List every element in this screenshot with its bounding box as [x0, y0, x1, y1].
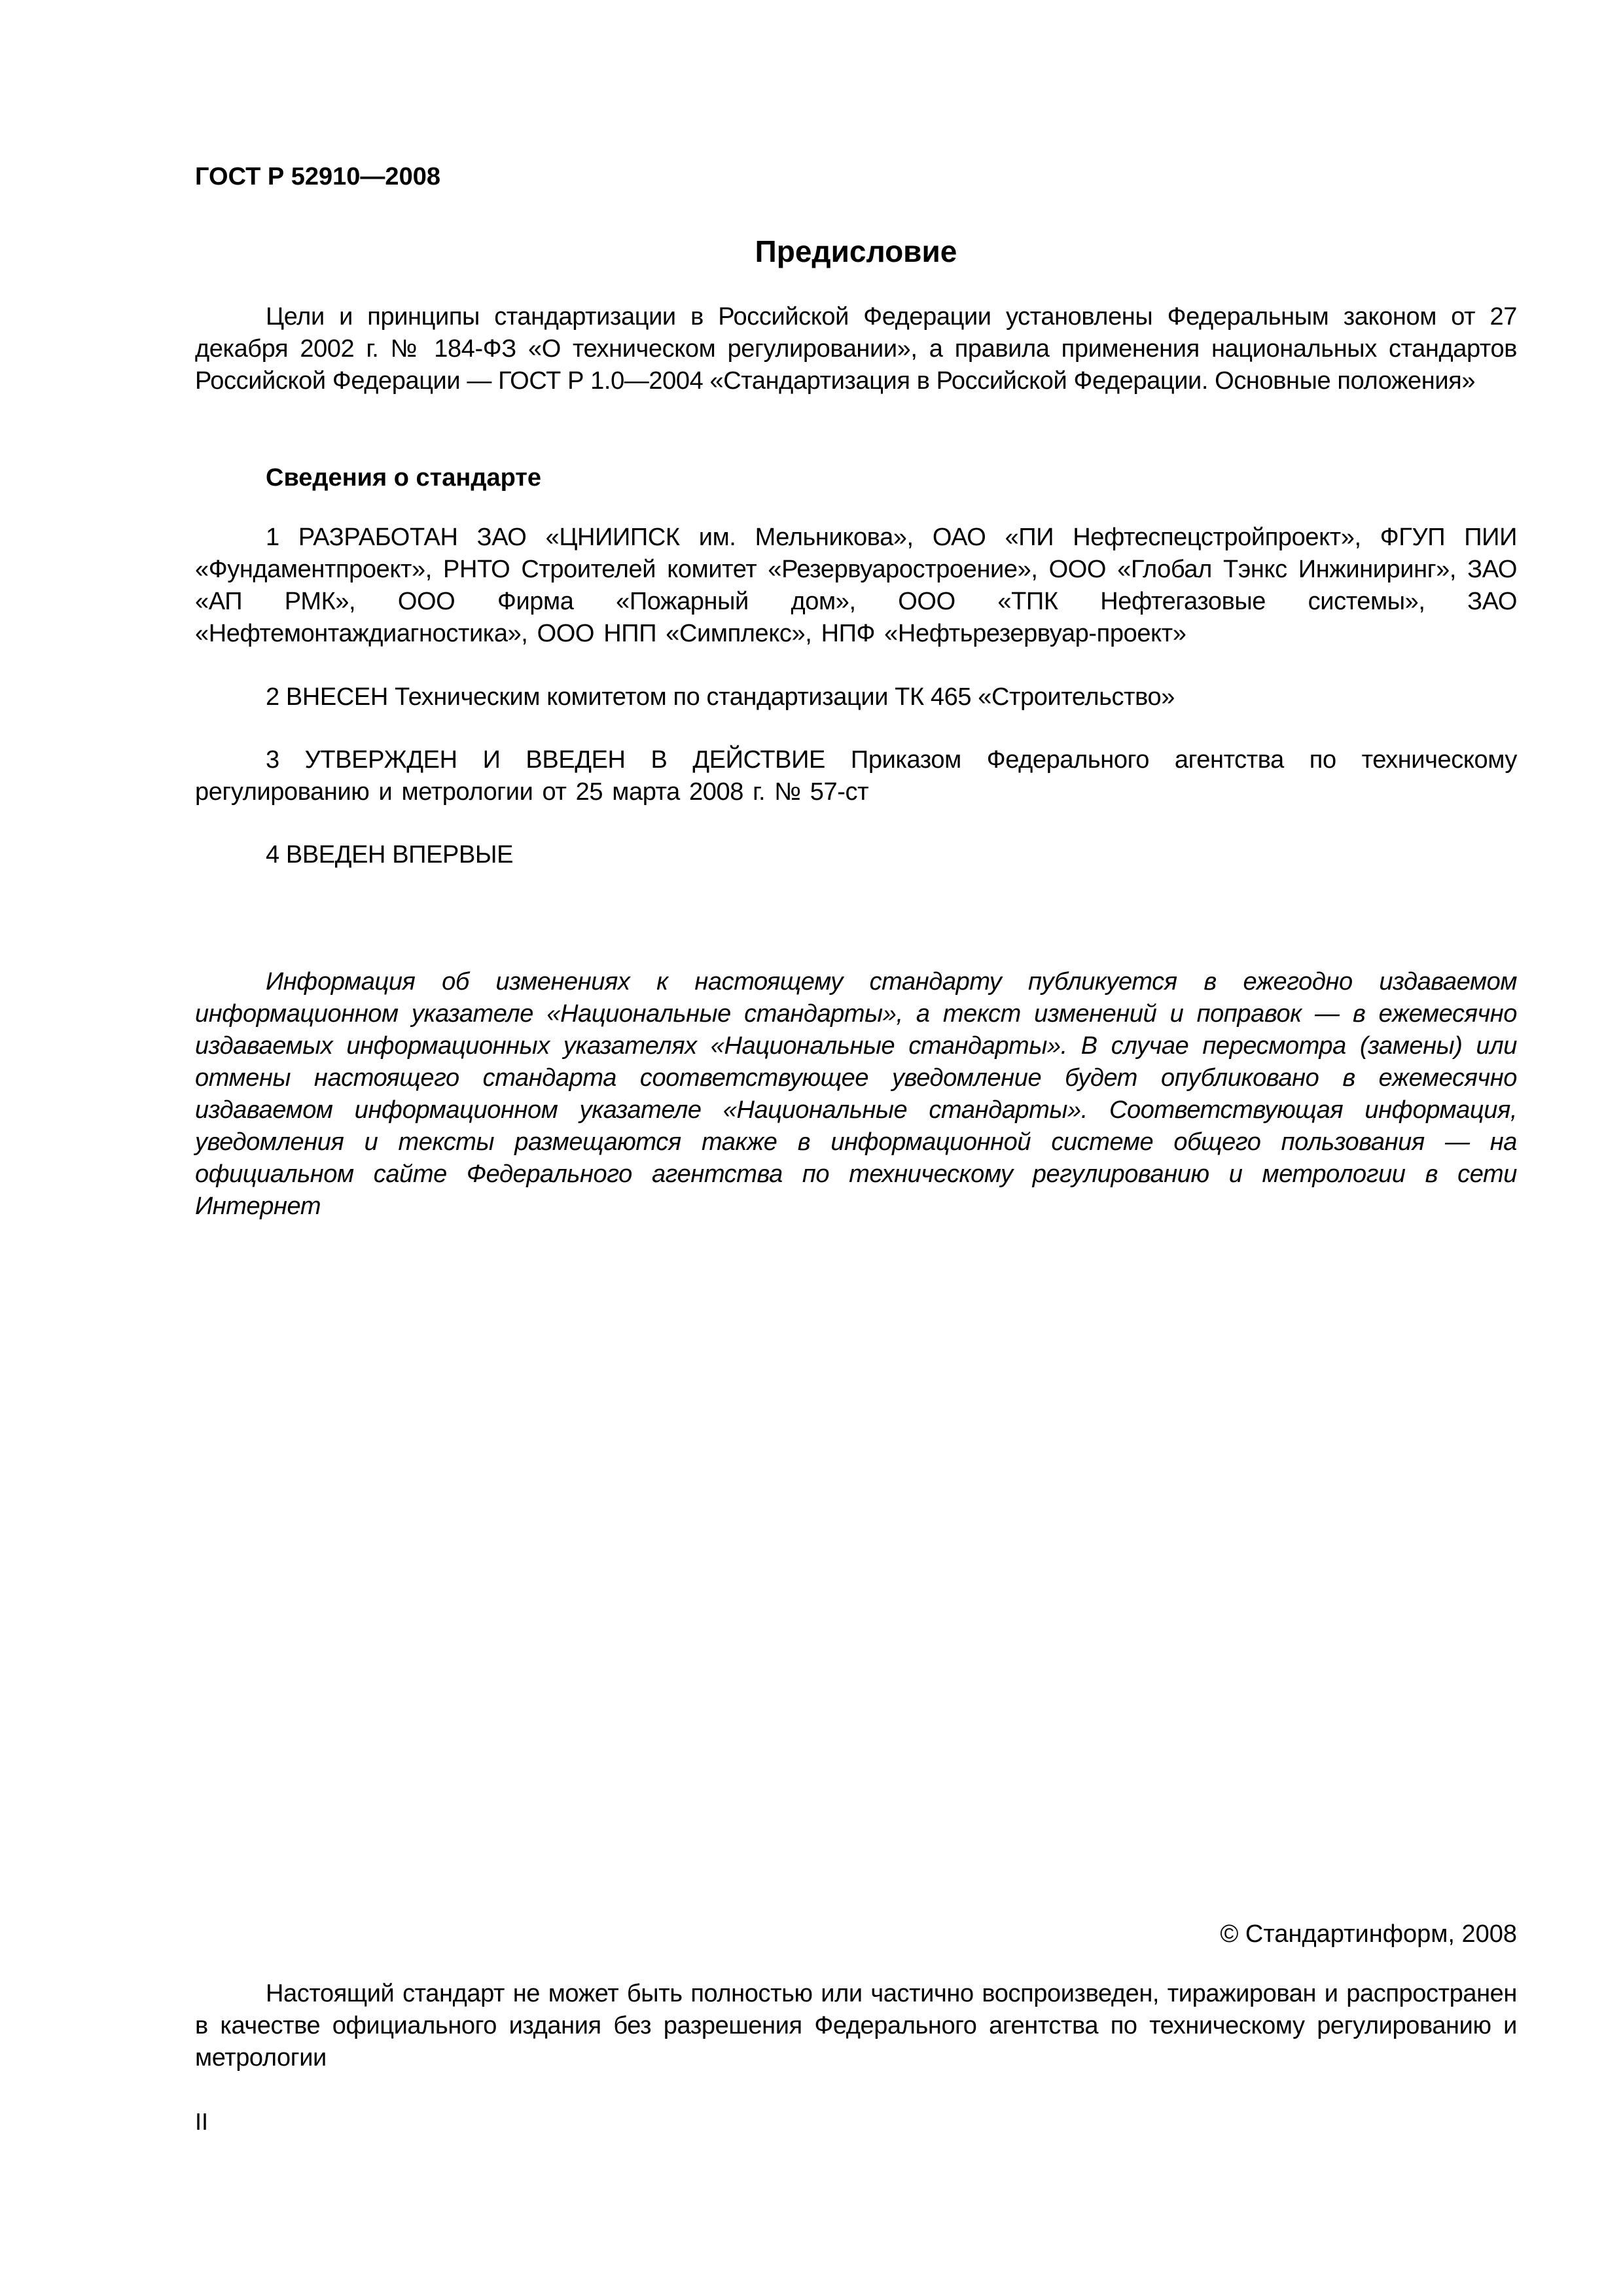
- info-item-2: 2 ВНЕСЕН Техническим комитетом по станда…: [195, 681, 1517, 713]
- document-header-id: ГОСТ Р 52910—2008: [195, 161, 1517, 193]
- info-item-4: 4 ВВЕДЕН ВПЕРВЫЕ: [195, 839, 1517, 871]
- copyright: © Стандартинформ, 2008: [195, 1918, 1517, 1950]
- info-item-3: 3 УТВЕРЖДЕН И ВВЕДЕН В ДЕЙСТВИЕ Приказом…: [195, 744, 1517, 808]
- info-heading: Сведения о стандарте: [195, 462, 1588, 494]
- intro-paragraph: Цели и принципы стандартизации в Российс…: [195, 301, 1517, 397]
- info-item-1: 1 РАЗРАБОТАН ЗАО «ЦНИИПСК им. Мельникова…: [195, 522, 1517, 650]
- changes-notice: Информация об изменениях к настоящему ст…: [195, 966, 1517, 1223]
- page-number: II: [195, 2106, 1517, 2138]
- reproduction-notice: Настоящий стандарт не может быть полност…: [195, 1978, 1517, 2074]
- page-title: Предисловие: [195, 233, 1517, 270]
